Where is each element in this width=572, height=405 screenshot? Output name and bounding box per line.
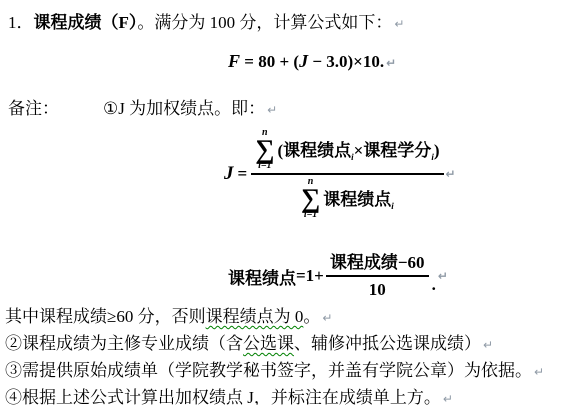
note-1-text: 其中课程成绩≥60 分，否则 — [5, 307, 206, 326]
fraction-bar — [251, 173, 443, 175]
remark-item-1: ①J 为加权绩点。即： — [103, 99, 265, 118]
formula-gpa-denominator: 10 — [365, 279, 390, 300]
sigma-icon: ∑ — [255, 138, 274, 161]
note-4-text: ④根据上述公式计算出 — [5, 388, 175, 405]
numerator-term-2: 课程学分 — [363, 141, 431, 160]
denominator-sub: i — [391, 201, 394, 211]
formula-j-equals: = — [238, 164, 248, 184]
formula-f: F = 80 + (J − 3.0)×10.↵ — [228, 51, 396, 72]
heading-number: 1． — [8, 13, 34, 32]
formula-f-mid: = 80 + ( — [240, 52, 299, 71]
formula-j-variable: J — [224, 163, 234, 185]
paragraph-mark-icon: ↵ — [534, 365, 544, 379]
sigma-lower-limit: i=1 — [304, 210, 317, 220]
note-4-wavy-text: 加权绩点 J — [175, 388, 254, 405]
denominator-term: 课程绩点 — [323, 190, 391, 209]
formula-f-tail: − 3.0)×10. — [308, 52, 384, 71]
document-page: 1．课程成绩（F）。满分为 100 分，计算公式如下：↵ F = 80 + (J… — [0, 0, 572, 405]
note-line-2: ②课程成绩为主修专业成绩（含公选课、辅修冲抵公选课成绩）↵ — [5, 331, 571, 358]
remark-label: 备注： — [8, 99, 59, 118]
heading-title: 课程成绩（F） — [34, 13, 138, 32]
heading-rest: 。满分为 100 分，计算公式如下： — [137, 13, 392, 32]
paragraph-mark-icon: ↵ — [394, 17, 404, 31]
numerator-open: (课程绩点 — [277, 141, 351, 160]
formula-gpa-equals: =1+ — [296, 266, 324, 286]
numerator-expression: (课程绩点i×课程学分i) — [277, 136, 439, 162]
denominator-expression: 课程绩点i — [323, 185, 394, 211]
paragraph-mark-icon: ↵ — [446, 167, 456, 181]
formula-j-fraction: n ∑ i=1 (课程绩点i×课程学分i) n ∑ i=1 课程绩点i — [251, 128, 443, 220]
formula-gpa-period: . — [432, 275, 436, 301]
formula-gpa-lhs: 课程绩点 — [228, 264, 296, 289]
formula-gpa: 课程绩点=1+ 课程成绩−60 10 . ↵ — [228, 252, 448, 301]
note-4-post: ，并标注在成绩单上方。 — [254, 388, 441, 405]
note-line-1: 其中课程成绩≥60 分，否则课程绩点为 0。↵ — [5, 304, 571, 331]
notes-block: 其中课程成绩≥60 分，否则课程绩点为 0。↵ ②课程成绩为主修专业成绩（含公选… — [5, 304, 571, 405]
formula-j-denominator: n ∑ i=1 课程绩点i — [297, 177, 398, 220]
note-2-post: 、辅修冲抵公选课成绩） — [294, 334, 481, 353]
note-1-wavy-text: 课程绩点为 0 — [206, 307, 304, 326]
formula-gpa-numerator: 课程成绩−60 — [326, 252, 429, 273]
paragraph-mark-icon: ↵ — [386, 56, 396, 70]
formula-gpa-fraction: 课程成绩−60 10 — [326, 252, 429, 301]
paragraph-mark-icon: ↵ — [322, 311, 332, 325]
paragraph-mark-icon: ↵ — [443, 392, 453, 405]
heading-line: 1．课程成绩（F）。满分为 100 分，计算公式如下：↵ — [8, 8, 404, 33]
note-line-3: ③需提供原始成绩单（学院教学秘书签字，并盖有学院公章）为依据。↵ — [5, 358, 571, 385]
paragraph-mark-icon: ↵ — [267, 103, 277, 117]
note-2-wavy-text: 公选课 — [243, 334, 294, 353]
sigma-numerator: n ∑ i=1 — [255, 128, 274, 171]
note-3-text: ③需提供原始成绩单（学院教学秘书签字，并盖有学院公章）为依据。 — [5, 361, 532, 380]
formula-f-variable: F — [228, 51, 240, 71]
sigma-lower-limit: i=1 — [258, 161, 271, 171]
fraction-bar — [326, 275, 429, 277]
remark-line: 备注：①J 为加权绩点。即：↵ — [8, 94, 277, 119]
formula-j: J = n ∑ i=1 (课程绩点i×课程学分i) n ∑ i=1 课程绩点i — [224, 128, 456, 220]
formula-f-j-variable: J — [299, 51, 308, 71]
note-2-text: ②课程成绩为主修专业成绩（含 — [5, 334, 243, 353]
numerator-times: × — [354, 141, 364, 160]
paragraph-mark-icon: ↵ — [483, 338, 493, 352]
paragraph-mark-icon: ↵ — [438, 269, 448, 283]
formula-j-numerator: n ∑ i=1 (课程绩点i×课程学分i) — [251, 128, 443, 171]
numerator-close: ) — [434, 141, 440, 160]
note-1-post: 。 — [303, 307, 320, 326]
sigma-denominator: n ∑ i=1 — [301, 177, 320, 220]
note-line-4: ④根据上述公式计算出加权绩点 J，并标注在成绩单上方。↵ — [5, 385, 571, 405]
sigma-icon: ∑ — [301, 187, 320, 210]
